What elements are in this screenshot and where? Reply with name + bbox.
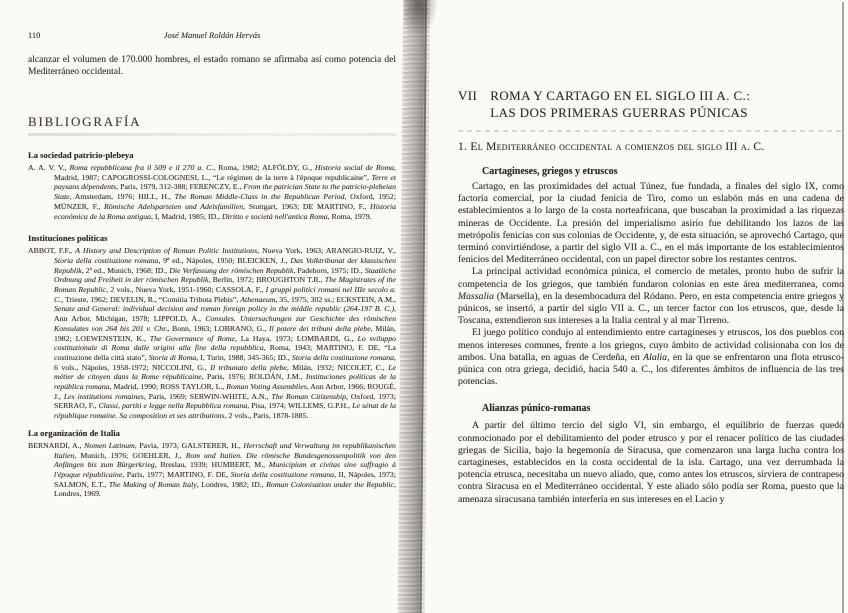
right-page: VII ROMA Y CARTAGO EN EL SIGLO III A. C.… xyxy=(458,88,844,506)
subsection-heading-alliances: Alianzas púnico-romanas xyxy=(482,403,844,414)
biblio-section-heading-society: La sociedad patricio-plebeya xyxy=(28,150,396,160)
subsection-heading-carthaginians: Cartagineses, griegos y etruscos xyxy=(482,166,844,177)
gutter-top-smudge xyxy=(404,0,438,36)
body-paragraph-2: La principal actividad económica púnica,… xyxy=(458,266,844,327)
chapter-title-rule xyxy=(458,130,844,132)
chapter-title: VII ROMA Y CARTAGO EN EL SIGLO III A. C.… xyxy=(458,88,844,121)
intro-paragraph: alcanzar el volumen de 170.000 hombres, … xyxy=(28,54,396,78)
chapter-title-line1: ROMA Y CARTAGO EN EL SIGLO III A. C.: xyxy=(490,88,750,103)
page-header: 110 José Manuel Roldán Hervás xyxy=(28,30,396,42)
page-number: 110 xyxy=(28,30,40,40)
biblio-section-heading-italy: La organización de Italia xyxy=(28,428,396,438)
running-head: José Manuel Roldán Hervás xyxy=(28,30,396,40)
book-scan: { "left_page": { "page_number": "110", "… xyxy=(0,0,848,613)
biblio-entries-italy: BERNARDI, A., Nomen Latinum, Pavia, 1973… xyxy=(28,441,396,499)
chapter-title-line2: LAS DOS PRIMERAS GUERRAS PÚNICAS xyxy=(490,105,748,120)
biblio-entries-institutions: ABBOT, F.F., A History and Description o… xyxy=(28,246,396,421)
bibliography-heading-rule xyxy=(28,133,396,136)
chapter-number: VII xyxy=(458,88,477,121)
body-paragraph-1: Cartago, en las proximidades del actual … xyxy=(458,181,844,266)
bibliography-title: BIBLIOGRAFÍA xyxy=(28,114,396,130)
body-paragraph-3: El juego político condujo al entendimien… xyxy=(458,327,844,388)
section-heading: 1. El Mediterráneo occidental a comienzo… xyxy=(458,141,844,153)
chapter-title-text: ROMA Y CARTAGO EN EL SIGLO III A. C.: LA… xyxy=(490,88,750,121)
biblio-section-heading-institutions: Instituciones políticas xyxy=(28,233,396,243)
body-paragraph-4: A partir del último tercio del siglo VI,… xyxy=(458,420,844,505)
biblio-entries-society: A. A. V. V., Roma repubblicana fra il 50… xyxy=(28,163,396,221)
left-page: 110 José Manuel Roldán Hervás alcanzar e… xyxy=(28,30,396,499)
